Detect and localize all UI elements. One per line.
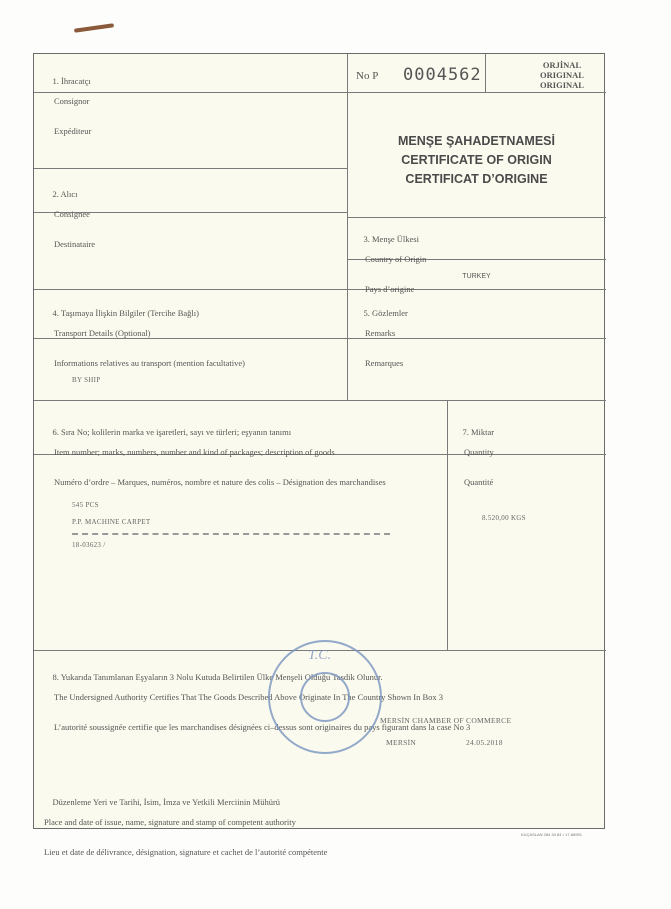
divider [447,400,448,650]
certificate-no-prefix: No P [356,70,378,82]
certificate-title: MENŞE ŞAHADETNAMESİ CERTIFICATE OF ORIGI… [347,132,606,189]
crescent-icon [300,672,350,722]
goods-quantity-line: 545 PCS [72,501,99,509]
divider [347,54,348,400]
printer-footer: KUÇASLAN 284 34 84 • 17-68991 [521,832,582,837]
goods-reference-line: 18-03623 / [72,541,106,549]
consignor-label: 1. İhracatçı Consignor Expéditeur [44,66,91,156]
certificate-number: 0004562 [403,65,482,85]
official-stamp: T.C. [268,640,382,754]
issue-date: 24.05.2018 [466,738,503,747]
divider [34,289,606,290]
quantity-value: 8.520,00 KGS [482,514,526,522]
goods-description-line: P.P. MACHINE CARPET [72,518,150,526]
pen-mark [74,23,114,33]
divider [485,54,486,92]
divider [347,217,606,218]
consignee-label: 2. Alıcı Consignee Destinataire [44,179,95,269]
remarks-label: 5. Gözlemler Remarks Remarques [355,298,408,388]
issuing-authority: MERSİN CHAMBER OF COMMERCE [380,716,511,725]
transport-label: 4. Taşımaya İlişkin Bilgiler (Tercihe Ba… [44,298,245,388]
divider [347,92,606,93]
goods-label: 6. Sıra No; kolilerin marka ve işaretler… [44,417,386,507]
quantity-label: 7. Miktar Quantity Quantité [454,417,494,507]
divider [34,168,347,169]
issue-place: MERSİN [386,738,416,747]
signature-label: Düzenleme Yeri ve Tarihi, İsim, İmza ve … [44,787,327,877]
country-of-origin-value: TURKEY [347,273,606,280]
transport-value: BY SHIP [72,376,101,384]
divider [34,400,606,401]
original-labels: ORJİNAL ORIGINAL ORIGINAL [518,60,606,90]
dashed-separator [72,533,390,535]
